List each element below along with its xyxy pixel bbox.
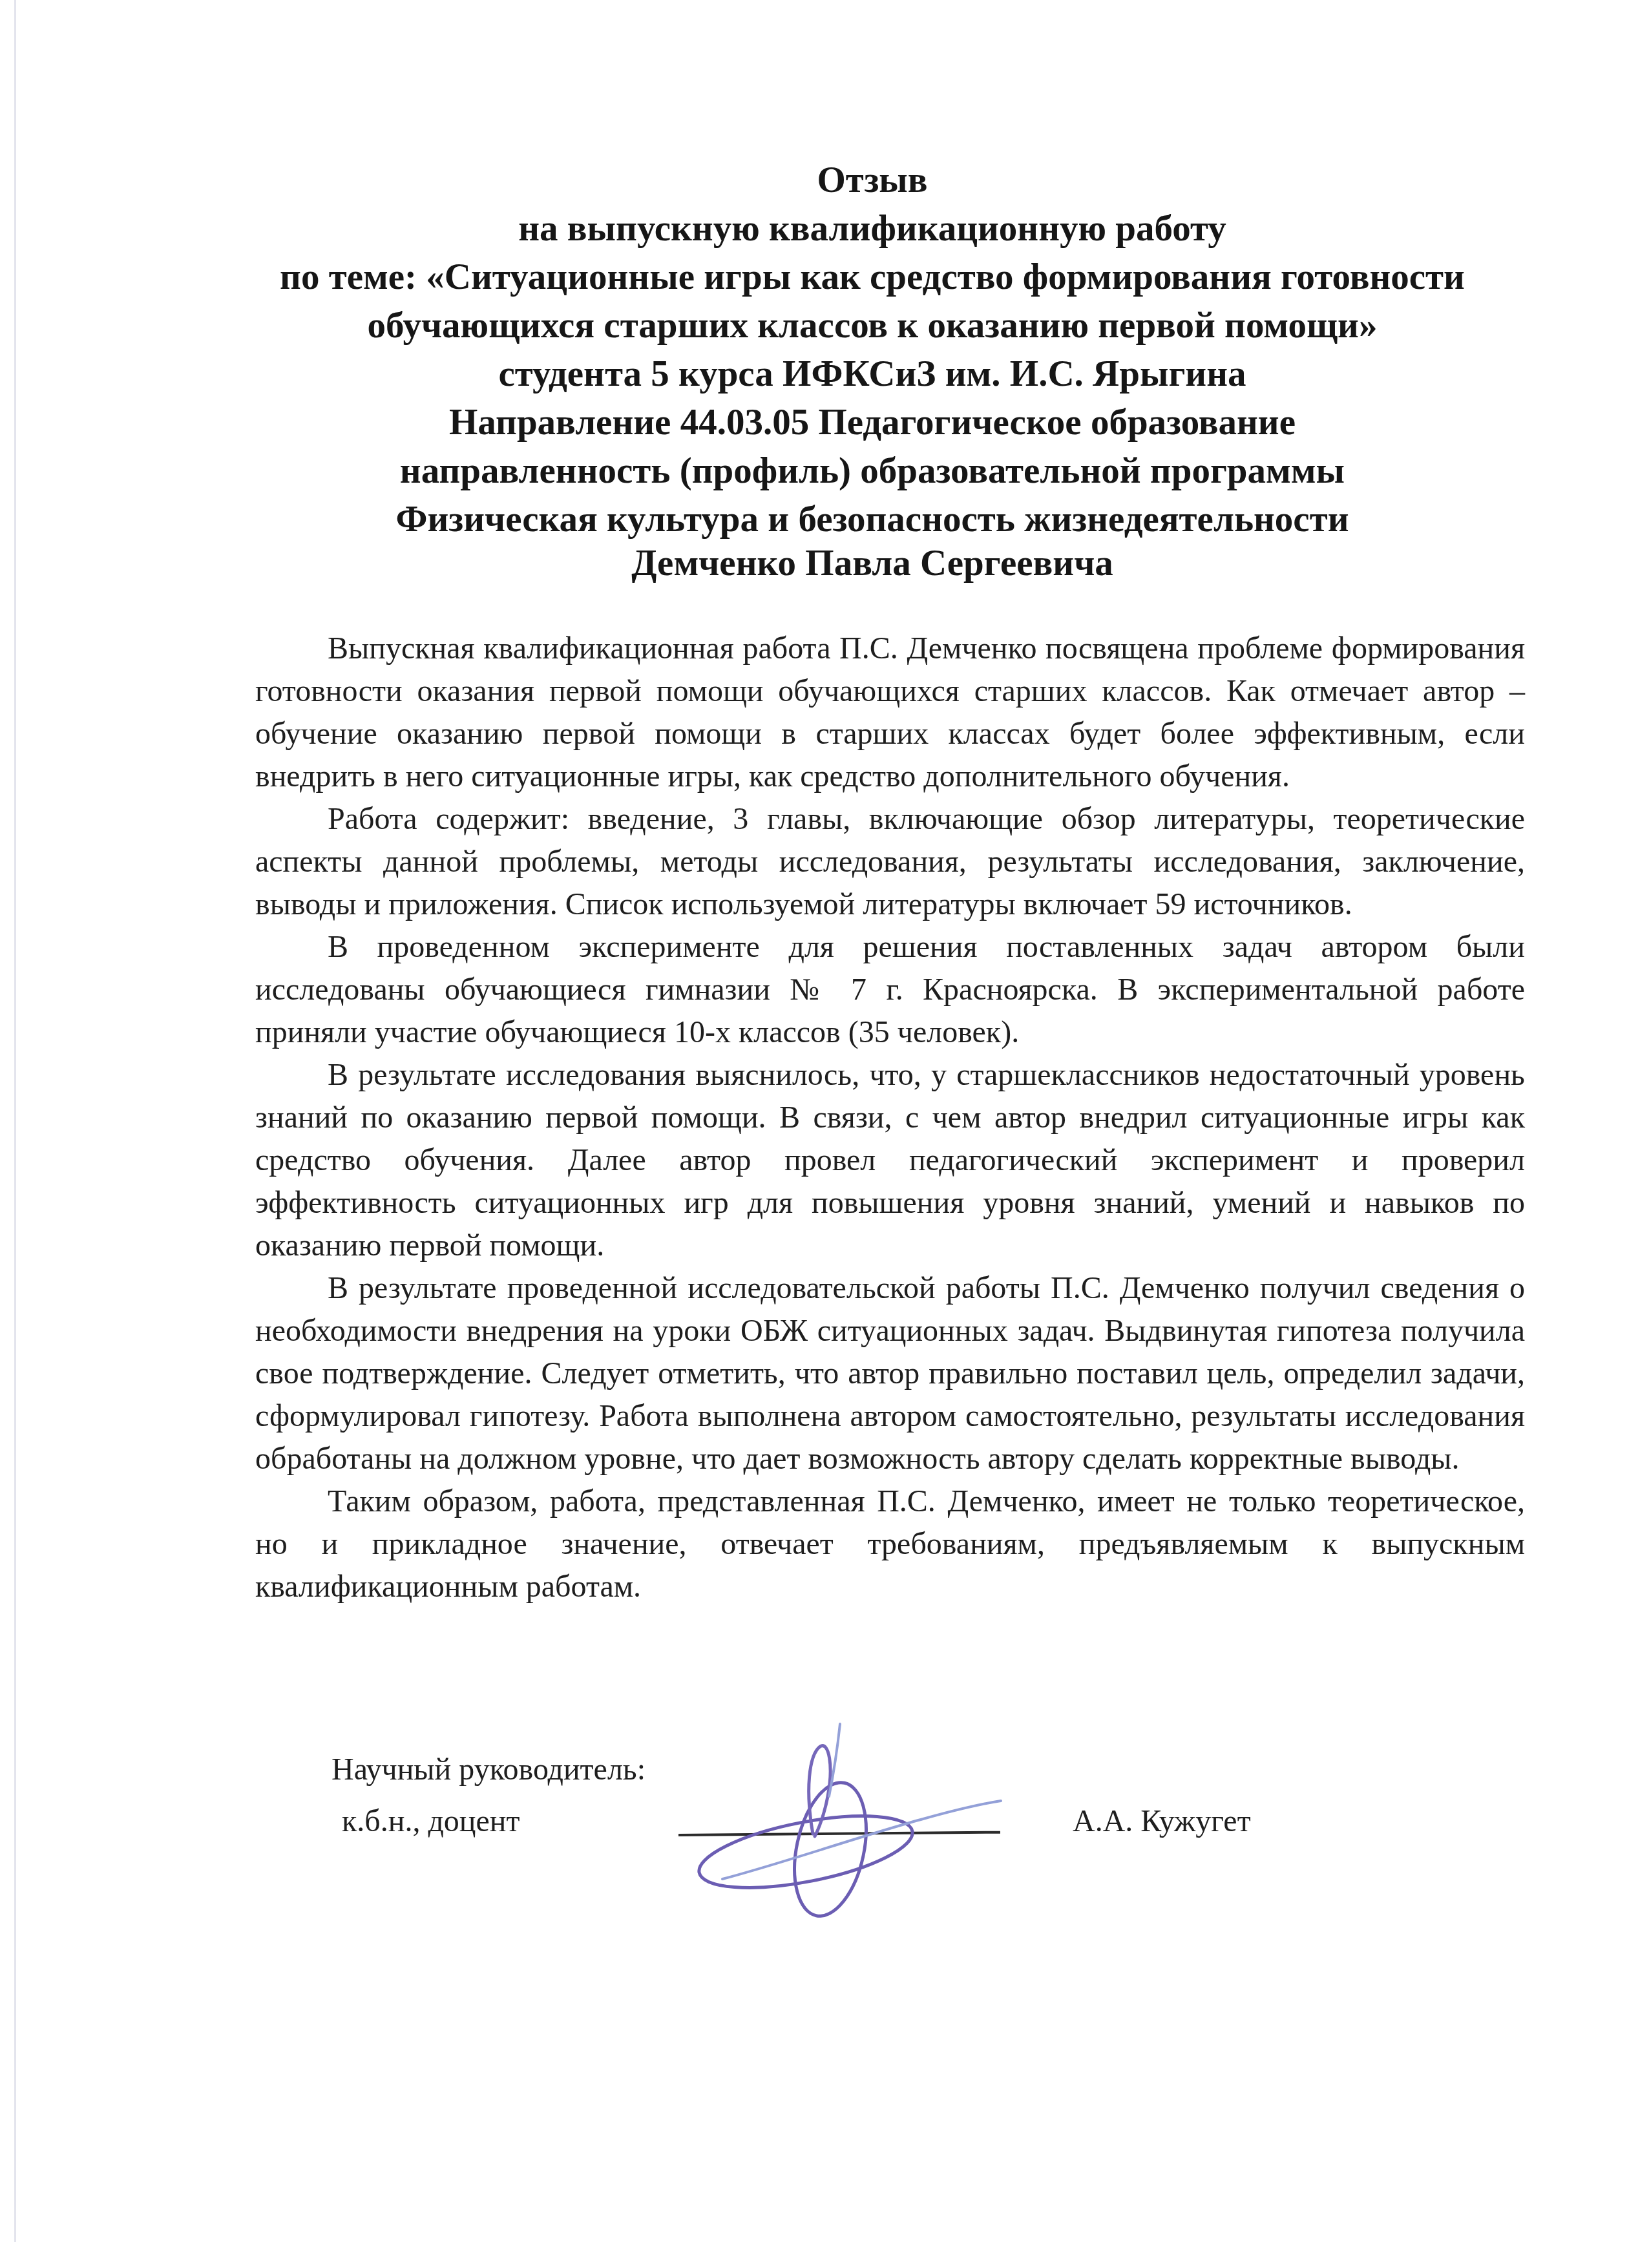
header-line-program: Физическая культура и безопасность жизне… bbox=[213, 495, 1531, 543]
header-line-topic-2: обучающихся старших классов к оказанию п… bbox=[213, 301, 1531, 350]
signer-name: А.А. Кужугет bbox=[1073, 1800, 1251, 1843]
body-paragraph: Работа содержит: введение, 3 главы, вклю… bbox=[255, 798, 1525, 926]
header-line-subject: на выпускную квалификационную работу bbox=[213, 204, 1531, 253]
review-body: Выпускная квалификационная работа П.С. Д… bbox=[255, 627, 1525, 1608]
scan-edge-artifact bbox=[14, 0, 16, 2242]
supervisor-degree-label: к.б.н., доцент bbox=[342, 1800, 520, 1843]
body-paragraph: Выпускная квалификационная работа П.С. Д… bbox=[255, 627, 1525, 798]
body-paragraph: В результате исследования выяснилось, чт… bbox=[255, 1054, 1525, 1267]
body-paragraph: В проведенном эксперименте для решения п… bbox=[255, 926, 1525, 1054]
signature-line bbox=[678, 1831, 1000, 1836]
document-title: Отзыв bbox=[213, 156, 1531, 204]
header-line-topic-1: по теме: «Ситуационные игры как средство… bbox=[213, 253, 1531, 301]
document-header: Отзыв на выпускную квалификационную рабо… bbox=[213, 156, 1531, 543]
student-name: Демченко Павла Сергеевича bbox=[213, 539, 1531, 587]
body-paragraph: Таким образом, работа, представленная П.… bbox=[255, 1480, 1525, 1608]
body-paragraph: В результате проведенной исследовательск… bbox=[255, 1267, 1525, 1480]
supervisor-role-label: Научный руководитель: bbox=[331, 1748, 646, 1791]
scanned-review-document: Отзыв на выпускную квалификационную рабо… bbox=[0, 0, 1649, 2268]
signature-ink bbox=[672, 1699, 1034, 1932]
header-line-profile: направленность (профиль) образовательной… bbox=[213, 446, 1531, 495]
header-line-student: студента 5 курса ИФКСиЗ им. И.С. Ярыгина bbox=[213, 350, 1531, 398]
header-line-direction: Направление 44.03.05 Педагогическое обра… bbox=[213, 398, 1531, 446]
